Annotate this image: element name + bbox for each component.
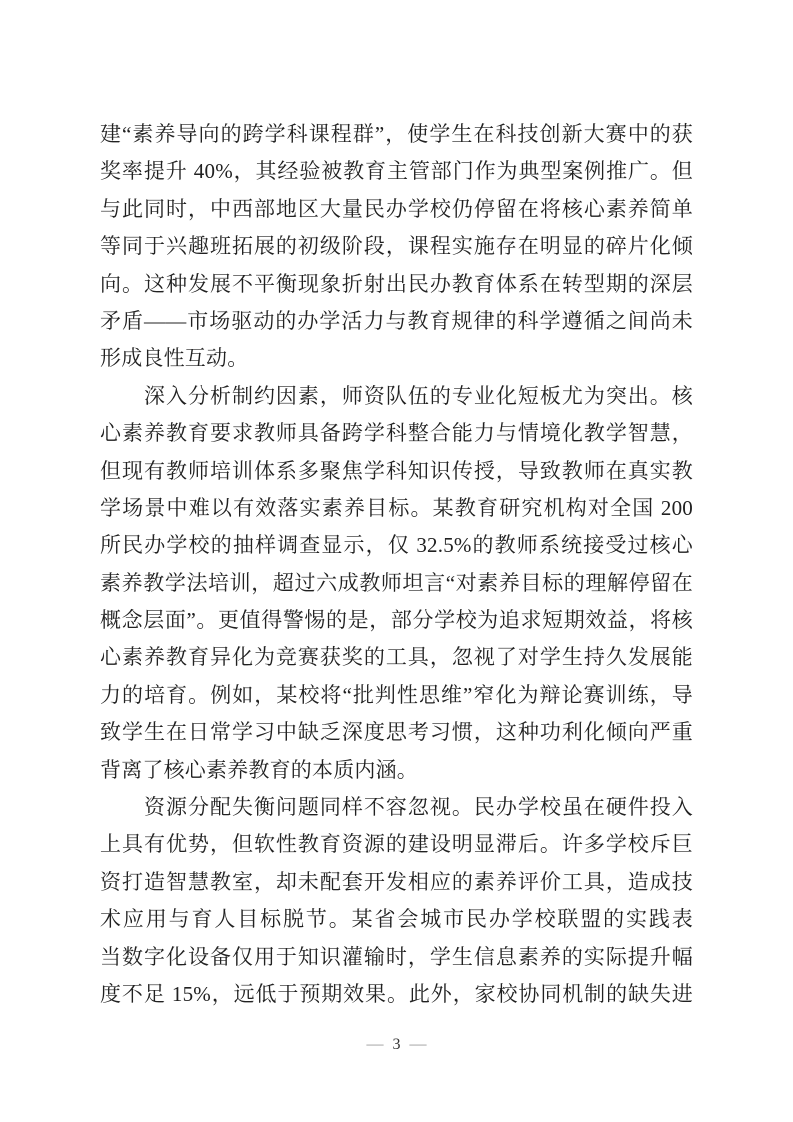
text-line: 与此同时，中西部地区大量民办学校仍停留在将核心素养简单 bbox=[100, 191, 693, 228]
text-line: 但现有教师培训体系多聚焦学科知识传授，导致教师在真实教 bbox=[100, 453, 693, 490]
text-line: 资打造智慧教室，却未配套开发相应的素养评价工具，造成技 bbox=[100, 864, 693, 901]
text-line: 学场景中难以有效落实素养目标。某教育研究机构对全国 200 bbox=[100, 490, 693, 527]
text-line: 建“素养导向的跨学科课程群”，使学生在科技创新大赛中的获 bbox=[100, 116, 693, 153]
text-line: 资源分配失衡问题同样不容忽视。民办学校虽在硬件投入 bbox=[100, 789, 693, 826]
document-page: 建“素养导向的跨学科课程群”，使学生在科技创新大赛中的获奖率提升 40%，其经验… bbox=[0, 0, 793, 1122]
paragraph-resource-imbalance: 资源分配失衡问题同样不容忽视。民办学校虽在硬件投入上具有优势，但软性教育资源的建… bbox=[100, 789, 693, 1013]
text-line: 心素养教育要求教师具备跨学科整合能力与情境化教学智慧， bbox=[100, 415, 693, 452]
text-line: 心素养教育异化为竞赛获奖的工具，忽视了对学生持久发展能 bbox=[100, 639, 693, 676]
paragraph-continuation: 建“素养导向的跨学科课程群”，使学生在科技创新大赛中的获奖率提升 40%，其经验… bbox=[100, 116, 693, 378]
text-line: 度不足 15%，远低于预期效果。此外，家校协同机制的缺失进 bbox=[100, 976, 693, 1013]
text-line: 深入分析制约因素，师资队伍的专业化短板尤为突出。核 bbox=[100, 378, 693, 415]
text-line: 等同于兴趣班拓展的初级阶段，课程实施存在明显的碎片化倾 bbox=[100, 228, 693, 265]
text-line: 所民办学校的抽样调查显示，仅 32.5%的教师系统接受过核心 bbox=[100, 527, 693, 564]
footer-dash-right: — bbox=[410, 1034, 427, 1053]
text-line: 致学生在日常学习中缺乏深度思考习惯，这种功利化倾向严重 bbox=[100, 714, 693, 751]
footer-dash-left: — bbox=[367, 1034, 384, 1053]
text-line: 背离了核心素养教育的本质内涵。 bbox=[100, 752, 693, 789]
text-line: 矛盾——市场驱动的办学活力与教育规律的科学遵循之间尚未 bbox=[100, 303, 693, 340]
text-line: 力的培育。例如，某校将“批判性思维”窄化为辩论赛训练，导 bbox=[100, 677, 693, 714]
page-footer: —3— bbox=[0, 1032, 793, 1057]
text-line: 奖率提升 40%，其经验被教育主管部门作为典型案例推广。但 bbox=[100, 153, 693, 190]
text-line: 上具有优势，但软性教育资源的建设明显滞后。许多学校斥巨 bbox=[100, 826, 693, 863]
text-line: 形成良性互动。 bbox=[100, 340, 693, 377]
paragraph-teacher-shortboard: 深入分析制约因素，师资队伍的专业化短板尤为突出。核心素养教育要求教师具备跨学科整… bbox=[100, 378, 693, 789]
text-line: 向。这种发展不平衡现象折射出民办教育体系在转型期的深层 bbox=[100, 266, 693, 303]
text-line: 素养教学法培训，超过六成教师坦言“对素养目标的理解停留在 bbox=[100, 565, 693, 602]
text-line: 概念层面”。更值得警惕的是，部分学校为追求短期效益，将核 bbox=[100, 602, 693, 639]
text-line: 术应用与育人目标脱节。某省会城市民办学校联盟的实践表明， bbox=[100, 901, 693, 938]
text-line: 当数字化设备仅用于知识灌输时，学生信息素养的实际提升幅 bbox=[100, 939, 693, 976]
page-number: 3 bbox=[393, 1033, 401, 1057]
document-body: 建“素养导向的跨学科课程群”，使学生在科技创新大赛中的获奖率提升 40%，其经验… bbox=[100, 116, 693, 1013]
